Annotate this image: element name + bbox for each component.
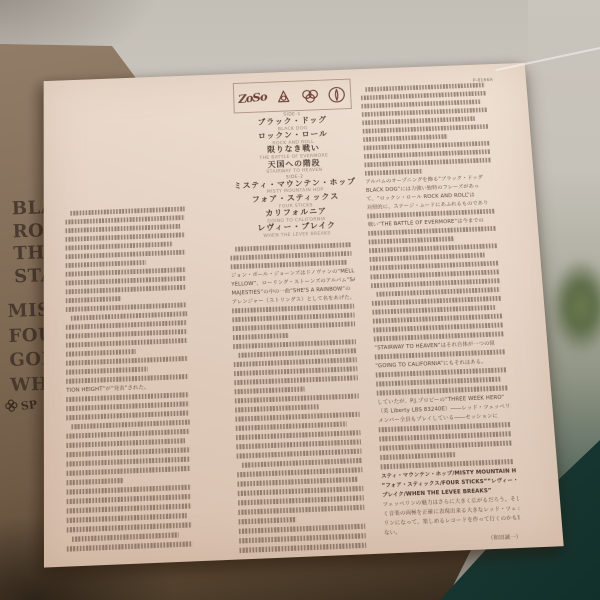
zoso-symbol: ZoSo [238, 90, 268, 106]
tracklist: SIDE-1ブラック・ドッグBLACK DOGロックン・ロールROCK AND … [207, 109, 384, 242]
feather-in-circle-symbol [326, 85, 346, 104]
knot-icon [3, 397, 20, 418]
liner-column-center: ジョン・ポール・ジョーンズはドノヴァンの“MELLOWYELLOW”、ローリング… [230, 240, 368, 555]
jacket-stamp: SP [3, 395, 38, 418]
jacket-stamp-label: SP [20, 398, 38, 413]
liner-column-left: TION HEIGHT”が“発表”された。 [65, 205, 194, 554]
interlocking-circles-symbol [299, 86, 320, 105]
photo-scene: BLACK·ROCK·THE·BSTAIR MISTFOUGOIWH SP P-… [0, 0, 600, 600]
four-symbols-box: ZoSo [233, 79, 352, 114]
liner-column-right: アルバムのオープニングを飾る“ブラック・ドッグBLACK DOG”には力強い独特… [360, 81, 521, 547]
liner-notes-insert: P-8166A ZoSo SIDE-1ブラック・ドッグBLACK [44, 63, 564, 568]
triquetra-symbol [273, 87, 293, 106]
